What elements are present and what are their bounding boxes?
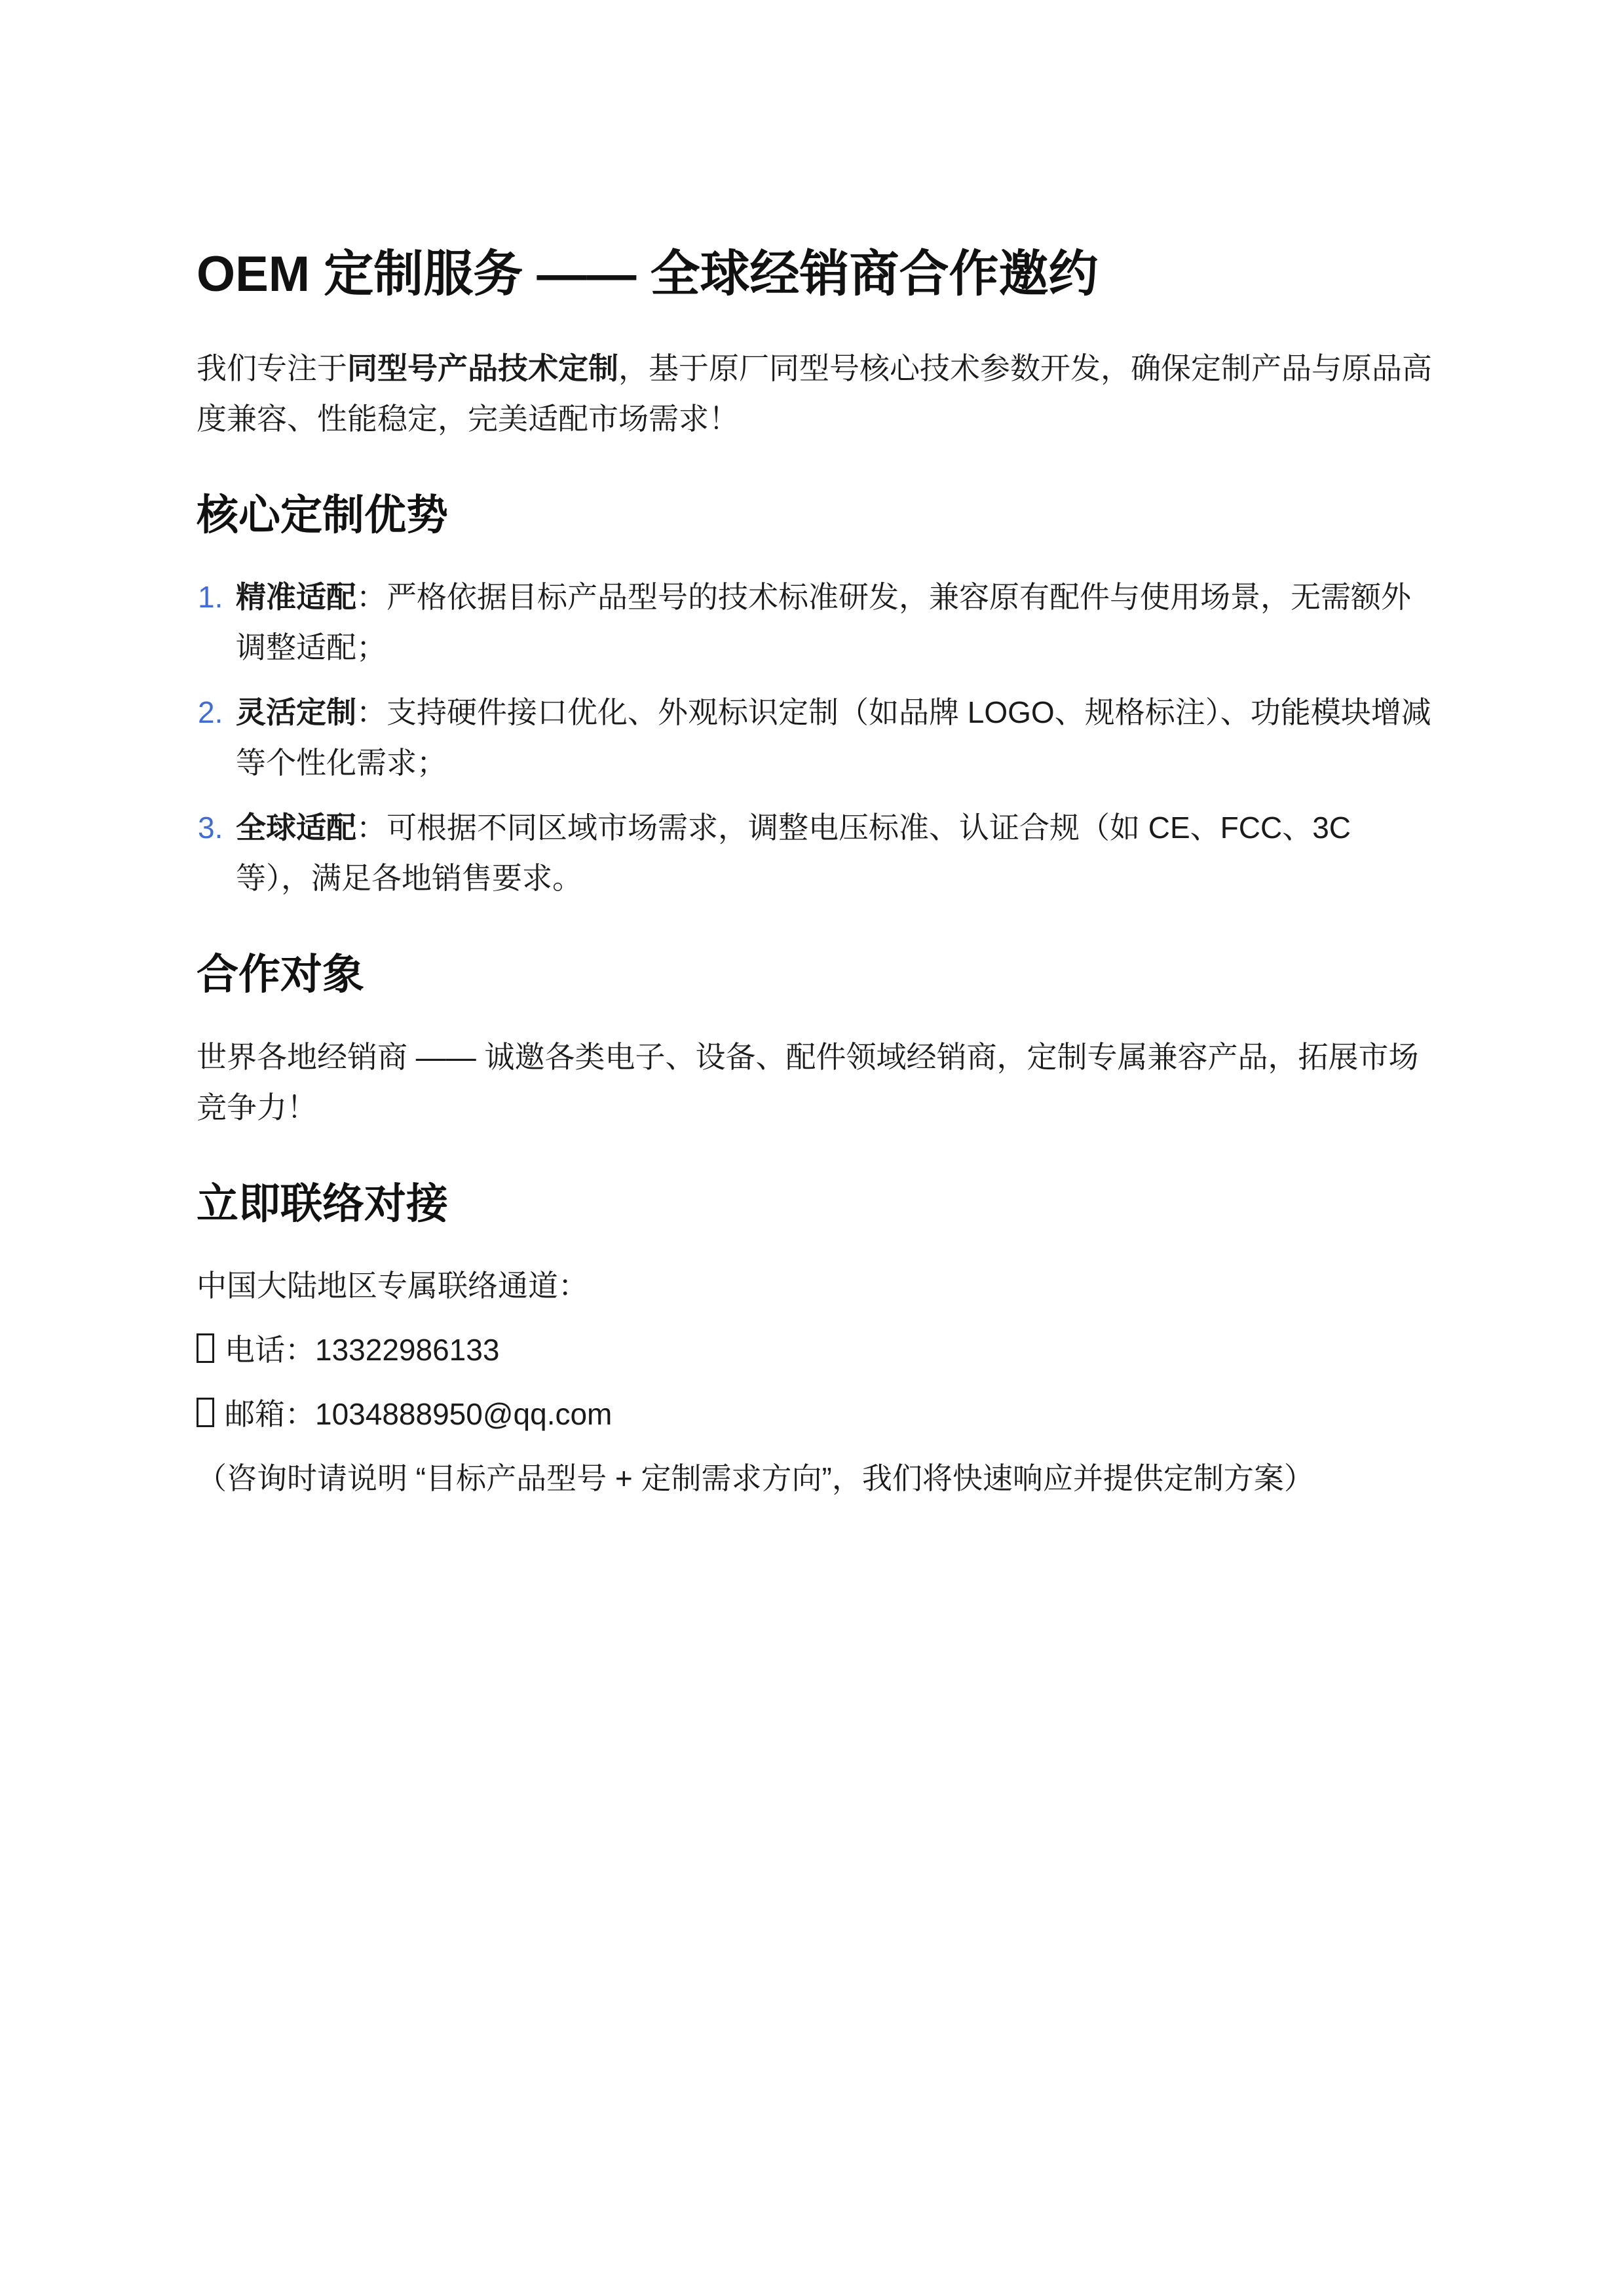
list-number-1: 1. bbox=[198, 572, 223, 622]
advantage-text-1: ：严格依据目标产品型号的技术标准研发，兼容原有配件与使用场景，无需额外调整适配； bbox=[236, 580, 1411, 664]
list-number-2: 2. bbox=[198, 687, 223, 738]
document-page: OEM 定制服务 —— 全球经销商合作邀约 我们专注于同型号产品技术定制，基于原… bbox=[0, 0, 1624, 2296]
advantage-text-2: ：支持硬件接口优化、外观标识定制（如品牌 LOGO、规格标注）、功能模块增减等个… bbox=[236, 695, 1431, 780]
advantages-list: 1.精准适配：严格依据目标产品型号的技术标准研发，兼容原有配件与使用场景，无需额… bbox=[197, 572, 1433, 904]
partners-paragraph: 世界各地经销商 —— 诚邀各类电子、设备、配件领域经销商，定制专属兼容产品，拓展… bbox=[197, 1032, 1433, 1133]
phone-value: 13322986133 bbox=[315, 1333, 499, 1367]
phone-label: 电话： bbox=[225, 1333, 315, 1367]
advantage-item-3: 3.全球适配：可根据不同区域市场需求，调整电压标准、认证合规（如 CE、FCC、… bbox=[197, 803, 1433, 904]
intro-paragraph: 我们专注于同型号产品技术定制，基于原厂同型号核心技术参数开发，确保定制产品与原品… bbox=[197, 343, 1433, 444]
contact-note: （咨询时请说明 “目标产品型号 + 定制需求方向”，我们将快速响应并提供定制方案… bbox=[197, 1453, 1433, 1504]
contact-heading: 立即联络对接 bbox=[197, 1177, 1433, 1231]
partners-heading: 合作对象 bbox=[197, 947, 1433, 1002]
advantage-label-1: 精准适配 bbox=[236, 580, 356, 614]
advantage-label-3: 全球适配 bbox=[236, 811, 356, 845]
page-title: OEM 定制服务 —— 全球经销商合作邀约 bbox=[197, 244, 1433, 304]
intro-text-pre: 我们专注于 bbox=[197, 351, 347, 385]
intro-text-bold: 同型号产品技术定制 bbox=[347, 351, 618, 385]
phone-line: 电话：13322986133 bbox=[197, 1325, 1433, 1375]
advantages-heading: 核心定制优势 bbox=[197, 488, 1433, 543]
email-value: 1034888950@qq.com bbox=[315, 1397, 612, 1431]
contact-intro: 中国大陆地区专属联络通道： bbox=[197, 1261, 1433, 1311]
advantage-text-3: ：可根据不同区域市场需求，调整电压标准、认证合规（如 CE、FCC、3C 等），… bbox=[236, 811, 1351, 895]
advantage-item-2: 2.灵活定制：支持硬件接口优化、外观标识定制（如品牌 LOGO、规格标注）、功能… bbox=[197, 687, 1433, 788]
list-number-3: 3. bbox=[198, 803, 223, 853]
email-line: 邮箱：1034888950@qq.com bbox=[197, 1389, 1433, 1440]
email-label: 邮箱： bbox=[225, 1397, 315, 1431]
advantage-item-1: 1.精准适配：严格依据目标产品型号的技术标准研发，兼容原有配件与使用场景，无需额… bbox=[197, 572, 1433, 673]
phone-icon bbox=[197, 1333, 214, 1363]
advantage-label-2: 灵活定制 bbox=[236, 695, 356, 729]
mail-icon bbox=[197, 1398, 214, 1427]
document-page-background: { "meta": { "background_color": "#ffffff… bbox=[0, 0, 1624, 2296]
